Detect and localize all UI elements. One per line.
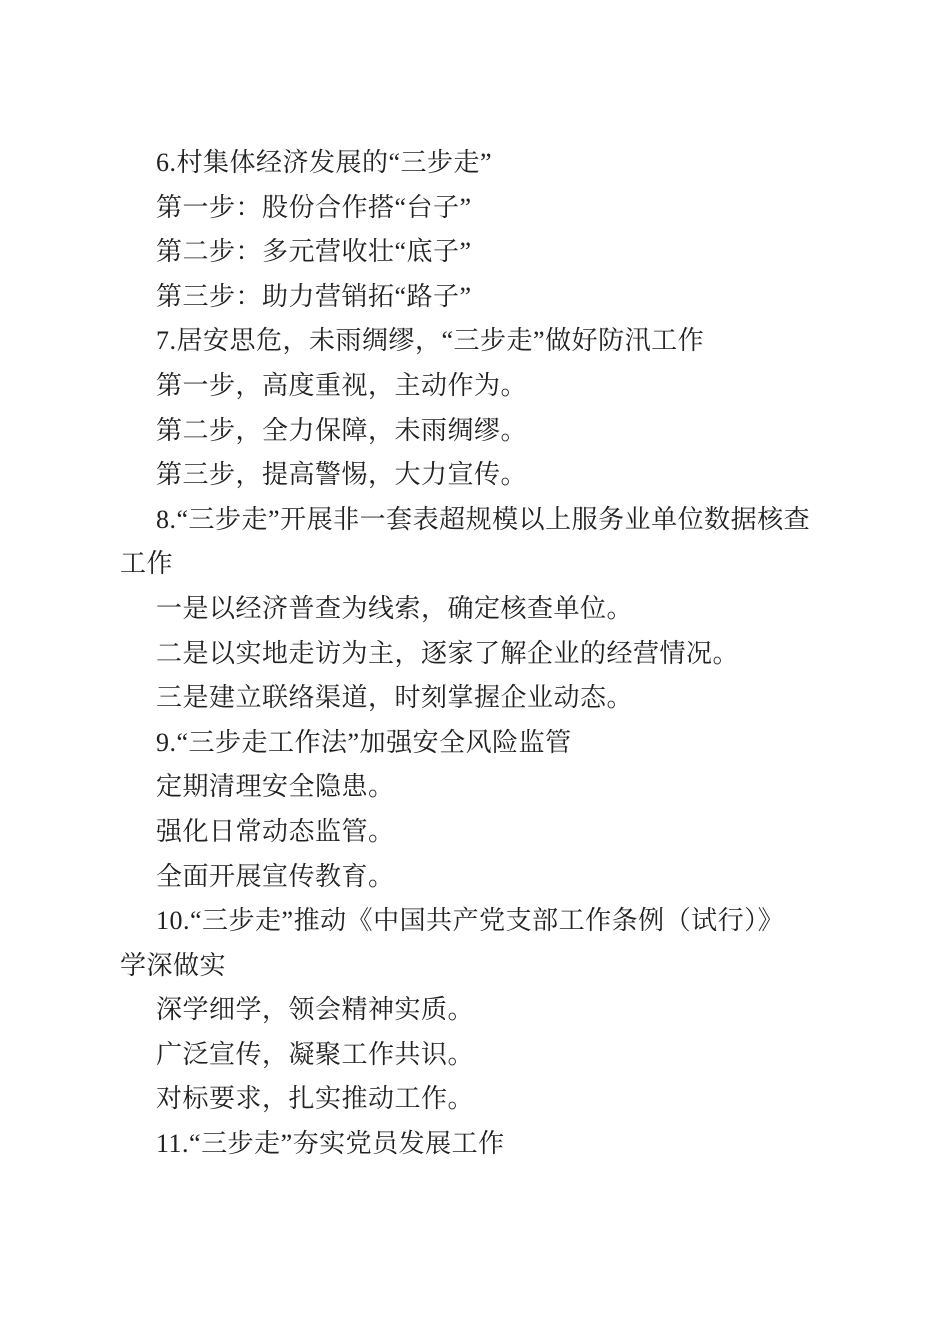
text-line: 10.“三步走”推动《中国共产党支部工作条例（试行）》 — [120, 899, 832, 944]
text-line: 第二步：多元营收壮“底子” — [120, 230, 832, 275]
text-line: 一是以经济普查为线索，确定核查单位。 — [120, 587, 832, 632]
text-line: 广泛宣传，凝聚工作共识。 — [120, 1033, 832, 1078]
text-line: 9.“三步走工作法”加强安全风险监管 — [120, 721, 832, 766]
text-line: 全面开展宣传教育。 — [120, 855, 832, 900]
text-line: 二是以实地走访为主，逐家了解企业的经营情况。 — [120, 632, 832, 677]
text-line: 第三步，提高警惕，大力宣传。 — [120, 453, 832, 498]
text-line: 强化日常动态监管。 — [120, 810, 832, 855]
text-line: 第二步，全力保障，未雨绸缪。 — [120, 409, 832, 454]
document-page: 6.村集体经济发展的“三步走” 第一步：股份合作搭“台子” 第二步：多元营收壮“… — [0, 0, 950, 1344]
text-line: 深学细学，领会精神实质。 — [120, 988, 832, 1033]
text-line: 工作 — [120, 542, 832, 587]
text-line: 第一步：股份合作搭“台子” — [120, 186, 832, 231]
text-line: 第三步：助力营销拓“路子” — [120, 275, 832, 320]
text-line: 11.“三步走”夯实党员发展工作 — [120, 1122, 832, 1167]
text-line: 对标要求，扎实推动工作。 — [120, 1077, 832, 1122]
text-line: 学深做实 — [120, 944, 832, 989]
text-line: 第一步，高度重视，主动作为。 — [120, 364, 832, 409]
text-line: 三是建立联络渠道，时刻掌握企业动态。 — [120, 676, 832, 721]
text-line: 6.村集体经济发展的“三步走” — [120, 141, 832, 186]
text-line: 8.“三步走”开展非一套表超规模以上服务业单位数据核查 — [120, 498, 832, 543]
text-line: 7.居安思危，未雨绸缪，“三步走”做好防汛工作 — [120, 319, 832, 364]
text-line: 定期清理安全隐患。 — [120, 765, 832, 810]
